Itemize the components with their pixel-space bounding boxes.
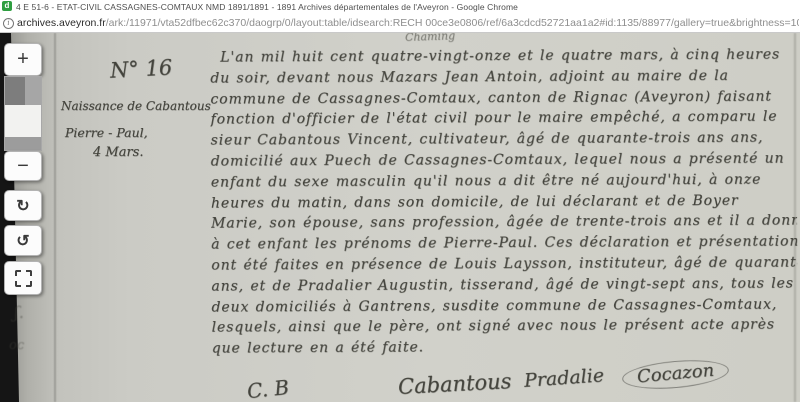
previous-act-signature-fragment: Chaming	[405, 33, 456, 44]
page-info-icon[interactable]: i	[3, 18, 14, 29]
zoom-in-button[interactable]: +	[4, 43, 42, 76]
act-body: L'an mil huit cent quatre-vingt-onze et …	[210, 46, 798, 361]
page-gutter-fold	[54, 33, 56, 402]
rotate-clockwise-button[interactable]: ↻	[4, 190, 42, 221]
title-bar: d 4 E 51-6 - ETAT-CIVIL CASSAGNES-COMTAU…	[0, 0, 800, 13]
signature-left-partial: C. B	[246, 375, 290, 402]
rotate-counterclockwise-icon: ↺	[16, 231, 29, 251]
minus-icon: −	[17, 155, 29, 178]
act-number: N° 16	[109, 55, 172, 82]
window-title: 4 E 51-6 - ETAT-CIVIL CASSAGNES-COMTAUX …	[16, 2, 518, 12]
zoom-slider-thumb[interactable]	[5, 77, 41, 105]
margin-note-firstname: Pierre - Paul,	[65, 125, 148, 140]
document-viewer-canvas[interactable]: Chaming N° 16 Naissance de Cabantous Pie…	[0, 33, 800, 402]
plus-icon: +	[17, 48, 29, 71]
address-bar[interactable]: i archives.aveyron.fr/ark:/11971/vta52df…	[0, 13, 800, 33]
margin-note-date: 4 Mars.	[93, 145, 143, 160]
rotate-clockwise-icon: ↻	[16, 196, 29, 216]
zoom-out-button[interactable]: −	[4, 151, 42, 181]
signature-officer: Cocazon	[621, 356, 730, 392]
bleedthrough-mark: ʃ.	[14, 303, 24, 323]
url-domain: archives.aveyron.fr	[17, 17, 106, 29]
select-region-button[interactable]	[4, 261, 42, 295]
url[interactable]: archives.aveyron.fr/ark:/11971/vta52dfbe…	[17, 17, 799, 29]
rotate-counterclockwise-button[interactable]: ↺	[4, 225, 42, 256]
url-path: /ark:/11971/vta52dfbec62c370/daogrp/0/la…	[106, 17, 799, 29]
zoom-slider-track-end	[5, 137, 41, 150]
act-line: que lecture en a été faite.	[212, 338, 798, 362]
browser-window: d 4 E 51-6 - ETAT-CIVIL CASSAGNES-COMTAU…	[0, 0, 800, 402]
signature-pradalie: Pradalie	[523, 364, 604, 392]
signature-cabantous: Cabantous	[397, 369, 512, 399]
bleedthrough-mark: oc	[9, 338, 24, 353]
margin-note-name: Naissance de Cabantous	[61, 99, 211, 113]
zoom-slider[interactable]	[4, 76, 42, 151]
site-favicon-icon: d	[2, 1, 12, 11]
dashed-square-icon	[15, 270, 32, 287]
